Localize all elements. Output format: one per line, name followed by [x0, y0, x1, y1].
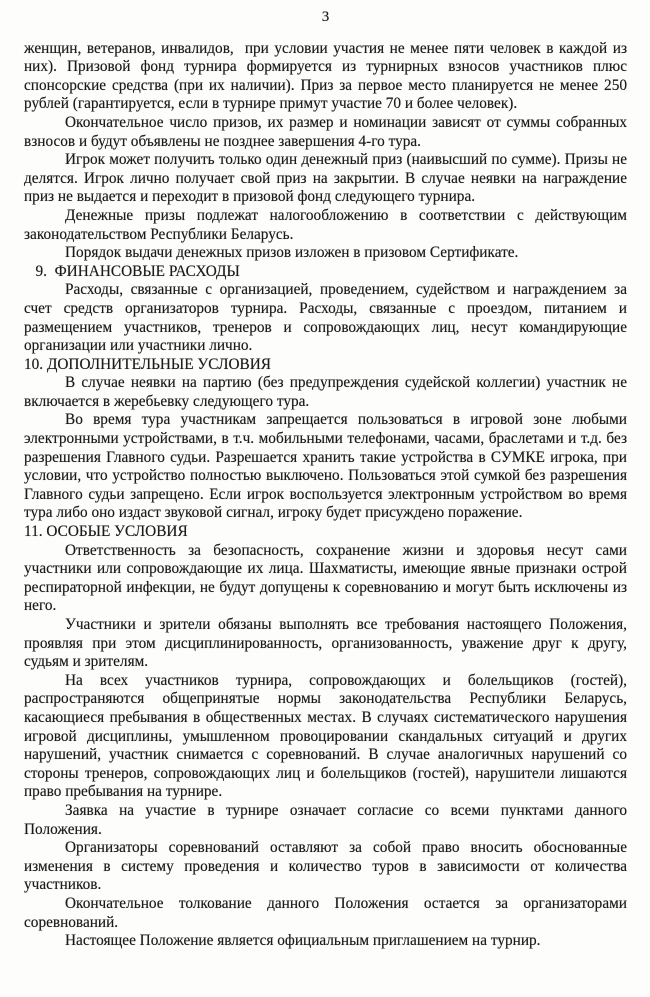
paragraph: Окончательное число призов, их размер и … — [24, 114, 627, 151]
scanned-document-page: 3 женщин, ветеранов, инвалидов, при усло… — [0, 0, 650, 997]
document-content: женщин, ветеранов, инвалидов, при услови… — [24, 40, 627, 951]
paragraph: Игрок может получить только один денежны… — [24, 151, 627, 207]
page-number: 3 — [24, 8, 627, 27]
paragraph: Денежные призы подлежат налогообложению … — [24, 207, 627, 244]
section-heading: 11. ОСОБЫЕ УСЛОВИЯ — [24, 523, 627, 542]
paragraph: Расходы, связанные с организацией, прове… — [24, 281, 627, 355]
paragraph: Во время тура участникам запрещается пол… — [24, 411, 627, 523]
paragraph: Участники и зрители обязаны выполнять вс… — [24, 616, 627, 672]
paragraph: Организаторы соревнований оставляют за с… — [24, 839, 627, 895]
paragraph: Порядок выдачи денежных призов изложен в… — [24, 244, 627, 263]
paragraph: Ответственность за безопасность, сохране… — [24, 542, 627, 616]
paragraph: В случае неявки на партию (без предупреж… — [24, 374, 627, 411]
section-heading: 10. ДОПОЛНИТЕЛЬНЫЕ УСЛОВИЯ — [24, 356, 627, 375]
paragraph: Заявка на участие в турнире означает сог… — [24, 802, 627, 839]
paragraph-continuation: женщин, ветеранов, инвалидов, при услови… — [24, 40, 627, 114]
paragraph: Окончательное толкование данного Положен… — [24, 895, 627, 932]
section-heading: 9. ФИНАНСОВЫЕ РАСХОДЫ — [24, 263, 627, 282]
closing-statement: Настоящее Положение является официальным… — [24, 932, 627, 951]
paragraph: На всех участников турнира, сопровождающ… — [24, 672, 627, 802]
